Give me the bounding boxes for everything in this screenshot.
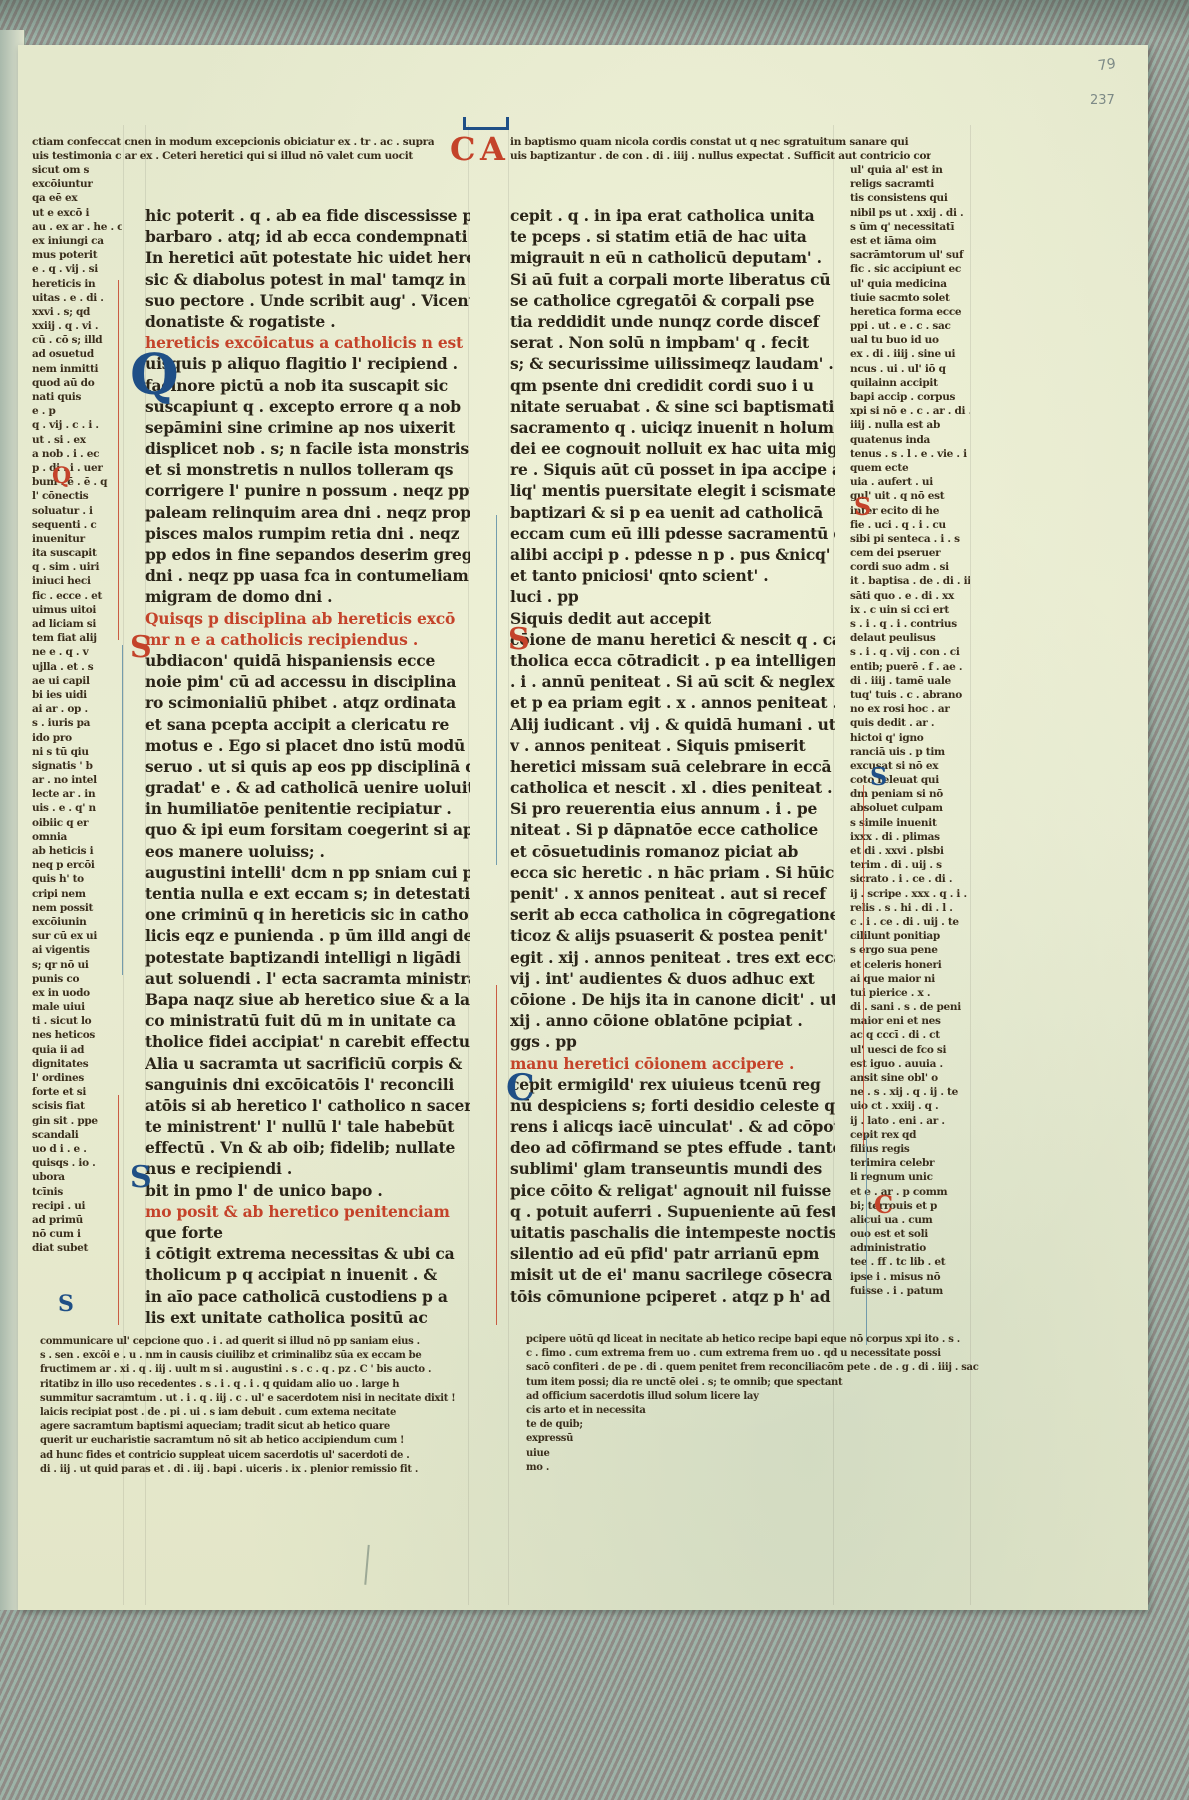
text-line: barbaro . atq; id ab ecca condempnati .: [145, 226, 470, 247]
pen-flourish-blue-col1: [122, 645, 123, 975]
text-line: donatiste & rogatiste .: [145, 311, 470, 332]
text-line: niteat . Si p dāpnatōe ecce catholice: [510, 819, 835, 840]
text-line: alibi accipi p . pdesse n p . pus &nicq'…: [510, 544, 835, 565]
gloss-line: tis consistens qui: [850, 191, 970, 205]
gloss-line: cripi nem: [32, 887, 122, 901]
text-line: noie pim' cū ad accessu in disciplina: [145, 671, 470, 692]
gloss-line: pcipere uōtū qd liceat in necitate ab he…: [526, 1333, 981, 1347]
gloss-line: et di . xxvi . plsbi: [850, 844, 970, 858]
text-line: mr n e a catholicis recipiendus .: [145, 629, 470, 650]
gloss-line: et e . ar . p comm: [850, 1185, 970, 1199]
text-line: heretici missam suā celebrare in eccā: [510, 756, 835, 777]
gloss-line: tee . ff . tc lib . et: [850, 1255, 970, 1269]
gloss-line: ar . no intel: [32, 773, 122, 787]
text-line: quo & ipi eum forsitam coegerint si ap: [145, 819, 470, 840]
text-line: sacramento q . uiciqz inuenit n holum s;: [510, 417, 835, 438]
gloss-bottom-right: pcipere uōtū qd liceat in necitate ab he…: [526, 1333, 981, 1475]
folio-number-lower: 237: [1090, 93, 1115, 108]
gloss-line: ij . scripe . xxx . q . i .: [850, 887, 970, 901]
gloss-line: ita suscapit: [32, 546, 122, 560]
text-line: co ministratū fuit dū m in unitate ca: [145, 1010, 470, 1031]
gloss-line: cū . cō s; illd: [32, 333, 122, 347]
gloss-line: ac q cccī . di . ct: [850, 1028, 970, 1042]
gloss-line: alicui ua . cum: [850, 1213, 970, 1227]
gloss-line: quatenus inda: [850, 433, 970, 447]
gloss-line: ctiam confeccat cnen in modum excepcioni…: [32, 135, 434, 149]
gloss-line: excōiunin: [32, 915, 122, 929]
text-line: et tanto pniciosi' qnto scient' .: [510, 565, 835, 586]
text-line: penit' . x annos peniteat . aut si recef: [510, 883, 835, 904]
gloss-line: uo d i . e .: [32, 1142, 122, 1156]
gloss-line: ai que maior ni: [850, 972, 970, 986]
gloss-line: diat subet: [32, 1241, 122, 1255]
header-initial-blue-crown: [463, 117, 509, 130]
text-line: facinore pictū a nob ita suscapit sic: [145, 375, 470, 396]
header-initial-c: C: [450, 133, 475, 165]
text-line: nitate seruabat . & sine sci baptismatis: [510, 396, 835, 417]
gloss-line: ex in uodo: [32, 986, 122, 1000]
gloss-line: excōiuntur: [32, 177, 122, 191]
gloss-line: dm peniam si nō: [850, 787, 970, 801]
text-line: tholica ecca cōtradicit . p ea intellige…: [510, 650, 835, 671]
gloss-line: uis testimonia c ar ex . Ceteri heretici…: [32, 149, 434, 163]
gloss-line: uia . aufert . ui: [850, 475, 970, 489]
gloss-line: bi; terrouis et p: [850, 1199, 970, 1213]
gloss-line: s . i . q . i . contrius: [850, 617, 970, 631]
gloss-line: mus poterit: [32, 248, 122, 262]
text-line: licis eqz e punienda . p ūm illd angi de: [145, 925, 470, 946]
text-line: sublimi' glam transeuntis mundi des: [510, 1158, 835, 1179]
gloss-line: neq p ercōi: [32, 858, 122, 872]
gloss-line: quis dedit . ar .: [850, 716, 970, 730]
top-gloss-left: ctiam confeccat cnen in modum excepcioni…: [32, 135, 434, 163]
text-line: te pceps . si statim etiā de hac uita: [510, 226, 835, 247]
gloss-line: quilainn accipit: [850, 376, 970, 390]
gloss-line: ut e excō i: [32, 206, 122, 220]
gloss-line: bapi accip . corpus: [850, 390, 970, 404]
text-line: que forte: [145, 1222, 470, 1243]
text-line: tōis cōmunione pciperet . atqz p h' ad: [510, 1286, 835, 1307]
text-line: cōione de manu heretici & nescit q . ca: [510, 629, 835, 650]
gloss-line: s . sen . excōi e . u . nm in causis ciu…: [40, 1349, 485, 1363]
gloss-line: di . iiij . tamē uale: [850, 674, 970, 688]
gloss-left-margin: // placeholder; lines rendered by generi…: [32, 163, 122, 1255]
text-line: re . Siquis aūt cū posset in ipa accipe …: [510, 459, 835, 480]
text-line: qm psente dni credidit cordi suo i u: [510, 375, 835, 396]
gloss-line: tem fiat alij: [32, 631, 122, 645]
text-line: manu heretici cōionem accipere .: [510, 1053, 835, 1074]
text-line: hic poterit . q . ab ea fide discessisse…: [145, 205, 470, 226]
gloss-line: inuenitur: [32, 532, 122, 546]
gloss-line: sacrāmtorum ul' suf: [850, 248, 970, 262]
gloss-line: tcīnis: [32, 1185, 122, 1199]
gloss-line: uis . e . q' n: [32, 801, 122, 815]
text-line: potestate baptizandi intelligi n ligādi: [145, 947, 470, 968]
pencil-mark: [364, 1545, 373, 1585]
text-line: et sana pcepta accipit a clericatu re: [145, 714, 470, 735]
gloss-line: no ex rosi hoc . ar: [850, 702, 970, 716]
text-line: eccam cum eū illi pdesse sacramentū q: [510, 523, 835, 544]
gloss-line: s ergo sua pene: [850, 943, 970, 957]
text-line: gradat' e . & ad catholicā uenire uoluit: [145, 777, 470, 798]
gloss-line: coto releuat qui: [850, 773, 970, 787]
gloss-line: ppi . ut . e . c . sac: [850, 319, 970, 333]
text-line: pice cōito & religat' agnouit nil fuisse: [510, 1180, 835, 1201]
gloss-line: c . i . ce . di . uij . te: [850, 915, 970, 929]
text-line: Alij iudicant . vij . & quidā humani . u…: [510, 714, 835, 735]
gloss-line: ad liciam si: [32, 617, 122, 631]
book-cradle-shadow: [0, 0, 1189, 40]
text-line: serat . Non solū n impbam' q . fecit: [510, 332, 835, 353]
text-line: et p ea priam egit . x . annos peniteat …: [510, 692, 835, 713]
gloss-line: tum item possi; dia re unctē olei . s; t…: [526, 1376, 981, 1390]
gloss-line: s . i . q . vij . con . ci: [850, 645, 970, 659]
gloss-line: te de quib;: [526, 1418, 981, 1432]
gloss-line: ab heticis i: [32, 844, 122, 858]
gloss-line: qa eē ex: [32, 191, 122, 205]
gloss-line: cem dei pseruer: [850, 546, 970, 560]
pen-flourish-red-gloss-right: [863, 785, 864, 1145]
gloss-line: sāti quo . e . di . xx: [850, 589, 970, 603]
gloss-line: nem possit: [32, 901, 122, 915]
gloss-line: signatis ' b: [32, 759, 122, 773]
text-line: s; & securissime uilissimeqz laudam' .: [510, 353, 835, 374]
gloss-line: communicare ul' cepcione quo . i . ad qu…: [40, 1335, 485, 1349]
initial-c-gloss-right: C: [874, 1193, 893, 1217]
gloss-line: hereticis in: [32, 277, 122, 291]
text-line: xij . anno cōione oblatōne pcipiat .: [510, 1010, 835, 1031]
text-line: uitatis paschalis die intempeste noctis: [510, 1222, 835, 1243]
gloss-line: ixxx . di . plimas: [850, 830, 970, 844]
gloss-line: omnia: [32, 830, 122, 844]
text-line: Si aū fuit a corpali morte liberatus cū: [510, 269, 835, 290]
gloss-line: male uiui: [32, 1000, 122, 1014]
gloss-line: e . p: [32, 404, 122, 418]
gloss-line: uis baptizantur . de con . di . iiij . n…: [510, 149, 931, 163]
text-line: uisquis p aliquo flagitio l' recipiend .: [145, 353, 470, 374]
gloss-line: nes heticos: [32, 1028, 122, 1042]
text-column-right: cepit . q . in ipa erat catholica unitat…: [510, 205, 835, 1307]
text-line: in humiliatōe penitentie recipiatur .: [145, 798, 470, 819]
text-line: migram de domo dni .: [145, 586, 470, 607]
gloss-line: cordi suo adm . si: [850, 560, 970, 574]
text-line: mo posit & ab heretico penitenciam: [145, 1201, 470, 1222]
text-line: i cōtigit extrema necessitas & ubi ca: [145, 1243, 470, 1264]
gloss-line: cepit rex qd: [850, 1128, 970, 1142]
gloss-line: uio ct . xxiij . q .: [850, 1099, 970, 1113]
initial-s-blue: S: [130, 1163, 152, 1193]
gloss-line: tuq' tuis . c . abrano: [850, 688, 970, 702]
gloss-line: filius regis: [850, 1142, 970, 1156]
initial-s-red-col2: S: [508, 625, 530, 655]
gloss-line: s . iuris pa: [32, 716, 122, 730]
gloss-line: ido pro: [32, 731, 122, 745]
text-line: Si pro reuerentia eius annum . i . pe: [510, 798, 835, 819]
gloss-line: s ūm q' necessitatī: [850, 220, 970, 234]
text-line: cepit . q . in ipa erat catholica unita: [510, 205, 835, 226]
text-line: tia reddidit unde nunqz corde discef: [510, 311, 835, 332]
gloss-line: ul' quia al' est in: [850, 163, 970, 177]
gloss-line: oibiic q er: [32, 816, 122, 830]
initial-s-gloss-left: S: [58, 1293, 74, 1315]
gloss-line: forte et si: [32, 1085, 122, 1099]
text-line: sanguinis dni excōicatōis l' reconcili: [145, 1074, 470, 1095]
gloss-line: agere sacramtum baptismi aqueciam; tradi…: [40, 1420, 485, 1434]
gloss-line: scandali: [32, 1128, 122, 1142]
gloss-line: ne . s . xij . q . ij . te: [850, 1085, 970, 1099]
gloss-line: bi ies uidi: [32, 688, 122, 702]
text-line: nus e recipiendi .: [145, 1158, 470, 1179]
text-line: deo ad cōfirmand se ptes effude . tantoq…: [510, 1137, 835, 1158]
gloss-line: ujlla . et . s: [32, 660, 122, 674]
text-line: aut soluendi . l' ecta sacramta ministra…: [145, 968, 470, 989]
gloss-line: nibil ps ut . xxij . di .: [850, 206, 970, 220]
gloss-line: fructimem ar . xi . q . iij . uult m si …: [40, 1363, 485, 1377]
text-line: corrigere l' punire n possum . neqz ppt: [145, 480, 470, 501]
gloss-line: ut . si . ex: [32, 433, 122, 447]
gloss-line: ex . di . iiij . sine ui: [850, 347, 970, 361]
gloss-line: querit ur eucharistie sacramtum nō sit a…: [40, 1434, 485, 1448]
initial-q-blue: Q: [130, 347, 179, 403]
text-line: te ministrent' l' nullū l' tale habebūt: [145, 1116, 470, 1137]
gloss-line: scisis fiat: [32, 1099, 122, 1113]
gloss-line: maior eni et nes: [850, 1014, 970, 1028]
gloss-line: ual tu buo id uo: [850, 333, 970, 347]
gloss-line: gin sit . ppe: [32, 1114, 122, 1128]
ruling-col2-left: [508, 125, 509, 1605]
gloss-line: quod aū do: [32, 376, 122, 390]
folio-number-upper: 79: [1097, 56, 1117, 74]
gloss-line: q . vij . c . i .: [32, 418, 122, 432]
gloss-line: summitur sacramtum . ut . i . q . iij . …: [40, 1392, 485, 1406]
gloss-line: iniuci heci: [32, 574, 122, 588]
text-line: pisces malos rumpim retia dni . neqz: [145, 523, 470, 544]
gloss-line: li regnum unic: [850, 1170, 970, 1184]
gloss-line: administratio: [850, 1241, 970, 1255]
text-line: baptizari & si p ea uenit ad catholicā: [510, 502, 835, 523]
gloss-line: lecte ar . in: [32, 787, 122, 801]
text-line: rens i alicqs iacē uinculat' . & ad cōpo…: [510, 1116, 835, 1137]
gloss-line: ipse i . misus nō: [850, 1270, 970, 1284]
gloss-line: ubora: [32, 1170, 122, 1184]
gloss-line: et celeris honeri: [850, 958, 970, 972]
text-line: suscapiunt q . excepto errore q a nob: [145, 396, 470, 417]
gloss-bottom-left: communicare ul' cepcione quo . i . ad qu…: [40, 1335, 485, 1477]
gloss-line: ix . c uin si cci ert: [850, 603, 970, 617]
pen-flourish-red-col1-lower: [118, 1095, 119, 1325]
text-line: misit ut de ei' manu sacrilege cōsecra: [510, 1264, 835, 1285]
top-gloss-right: in baptismo quam nicola cordis constat u…: [510, 135, 931, 163]
gloss-line: hictoi q' igno: [850, 731, 970, 745]
gloss-line: xpi si nō e . c . ar . di .: [850, 404, 970, 418]
text-line: Quisqs p disciplina ab hereticis excō: [145, 608, 470, 629]
text-line: sepāmini sine crimine ap nos uixerit: [145, 417, 470, 438]
gloss-line: bum . ē . ē . q: [32, 475, 122, 489]
gloss-line: s simile inuenit: [850, 816, 970, 830]
gloss-line: it . baptisa . de . di . iiij .: [850, 574, 970, 588]
gloss-line: ncus . ui . ul' iō q: [850, 362, 970, 376]
gloss-line: heretica forma ecce: [850, 305, 970, 319]
text-line: dni . neqz pp uasa fca in contumeliam: [145, 565, 470, 586]
gloss-line: ansit sine obl' o: [850, 1071, 970, 1085]
pen-flourish-blue-gloss-right: [866, 1135, 867, 1345]
text-line: ecca sic heretic . n hāc priam . Si hūic: [510, 862, 835, 883]
gloss-line: ai ar . op .: [32, 702, 122, 716]
gloss-line: laicis recipiat post . de . pi . ui . s …: [40, 1406, 485, 1420]
text-column-left: hic poterit . q . ab ea fide discessisse…: [145, 205, 470, 1328]
text-line: Siquis dedit aut accepit: [510, 608, 835, 629]
text-line: serit ab ecca catholica in cōgregatione …: [510, 904, 835, 925]
gloss-line: ex iniungi ca: [32, 234, 122, 248]
gloss-line: uitas . e . di .: [32, 291, 122, 305]
gloss-line: quis h' to: [32, 872, 122, 886]
gloss-line: quia ii ad: [32, 1043, 122, 1057]
gloss-line: s; qr nō ui: [32, 958, 122, 972]
gloss-line: tenus . s . l . e . vie . i: [850, 447, 970, 461]
initial-s-gloss-right: S: [854, 495, 871, 519]
gloss-line: sicrato . i . ce . di .: [850, 872, 970, 886]
gloss-line: uimus uitoi: [32, 603, 122, 617]
header-initial-a: A: [480, 133, 505, 165]
gloss-line: ritatibz in illo uso recedentes . s . i …: [40, 1378, 485, 1392]
text-line: se catholice cgregatōi & corpali pse: [510, 290, 835, 311]
gloss-line: iiij . nulla est ab: [850, 418, 970, 432]
text-line: bit in pmo l' de unico bapo .: [145, 1180, 470, 1201]
gloss-line: sur cū ex ui: [32, 929, 122, 943]
text-line: paleam relinquim area dni . neqz propt: [145, 502, 470, 523]
text-line: dei ee cognouit nolluit ex hac uita migr: [510, 438, 835, 459]
gloss-line: mo .: [526, 1461, 981, 1475]
gloss-line: di . sani . s . de peni: [850, 1000, 970, 1014]
gloss-line: recipi . ui: [32, 1199, 122, 1213]
text-line: ticoz & alijs psuaserit & postea penit': [510, 925, 835, 946]
text-line: effectū . Vn & ab oib; fidelib; nullate: [145, 1137, 470, 1158]
text-line: liq' mentis puersitate elegit i scismate: [510, 480, 835, 501]
text-line: suo pectore . Unde scribit aug' . Vicent…: [145, 290, 470, 311]
gloss-line: au . ex ar . he . c .: [32, 220, 122, 234]
gloss-line: terimira celebr: [850, 1156, 970, 1170]
gloss-line: xxiij . q . vi .: [32, 319, 122, 333]
text-line: hereticis excōicatus a catholicis n est: [145, 332, 470, 353]
gloss-line: l' ordines: [32, 1071, 122, 1085]
pen-flourish-blue-col2: [496, 515, 497, 865]
gloss-line: fuisse . i . patum: [850, 1284, 970, 1298]
text-line: in aīo pace catholicā custodiens p a: [145, 1286, 470, 1307]
manuscript-folio: 79 237 ctiam confeccat cnen in modum exc…: [18, 45, 1148, 1610]
text-line: seruo . ut si quis ap eos pp disciplinā …: [145, 756, 470, 777]
gloss-line: ranciā uis . p tim: [850, 745, 970, 759]
gloss-line: ad primū: [32, 1213, 122, 1227]
gloss-line: ouo est et soli: [850, 1227, 970, 1241]
gloss-line: a nob . i . ec: [32, 447, 122, 461]
text-line: tholice fidei accipiat' n carebit effect…: [145, 1031, 470, 1052]
text-line: silentio ad eū pfid' patr arrianū epm: [510, 1243, 835, 1264]
gloss-line: ad osuetud: [32, 347, 122, 361]
text-line: egit . xij . annos peniteat . tres ext e…: [510, 947, 835, 968]
text-line: tentia nulla e ext eccam s; in detestati: [145, 883, 470, 904]
gloss-line: cis arto et in necessita: [526, 1404, 981, 1418]
gloss-line: ij . lato . eni . ar .: [850, 1114, 970, 1128]
initial-q-gloss-left: Q: [52, 465, 71, 487]
gloss-line: c . fimo . cum extrema frem uo . cum ext…: [526, 1347, 981, 1361]
gloss-line: nem inmitti: [32, 362, 122, 376]
gloss-line: ul' uesci de fco si: [850, 1043, 970, 1057]
gloss-line: ne e . q . v: [32, 645, 122, 659]
text-line: atōis si ab heretico l' catholico n sace…: [145, 1095, 470, 1116]
gloss-line: l' cōnectis: [32, 489, 122, 503]
gloss-line: sequenti . c: [32, 518, 122, 532]
text-line: nū despiciens s; forti desidio celeste q: [510, 1095, 835, 1116]
gloss-line: est et iāma oim: [850, 234, 970, 248]
initial-s-gloss-right-2: S: [870, 765, 887, 789]
gloss-line: sacō confiteri . de pe . di . quem penit…: [526, 1361, 981, 1375]
gloss-line: ai vigentis: [32, 943, 122, 957]
gloss-line: quem ecte: [850, 461, 970, 475]
gloss-line: ae ui capil: [32, 674, 122, 688]
text-line: pp edos in fine sepandos deserim grege: [145, 544, 470, 565]
text-line: motus e . Ego si placet dno istū modū: [145, 735, 470, 756]
text-line: v . annos peniteat . Siquis pmiserit: [510, 735, 835, 756]
gloss-line: e . q . vij . si: [32, 262, 122, 276]
text-line: sic & diabolus potest in mal' tamqz in: [145, 269, 470, 290]
gloss-line: tiuie sacmto solet: [850, 291, 970, 305]
gloss-line: quisqs . io .: [32, 1156, 122, 1170]
text-line: Alia u sacramta ut sacrificiū corpis &: [145, 1053, 470, 1074]
gloss-line: relis . s . hi . di . l .: [850, 901, 970, 915]
text-line: vij . int' audientes & duos adhuc ext: [510, 968, 835, 989]
gloss-line: religs sacramti: [850, 177, 970, 191]
gloss-line: fic . ecce . et: [32, 589, 122, 603]
text-line: cōione . De hijs ita in canone dicit' . …: [510, 989, 835, 1010]
text-line: augustini intelli' dcm n pp sniam cui p: [145, 862, 470, 883]
gloss-line: terim . di . uij . s: [850, 858, 970, 872]
gloss-line: est iguo . auuia .: [850, 1057, 970, 1071]
gloss-line: di . iij . ut quid paras et . di . iij .…: [40, 1463, 485, 1477]
text-line: et cōsuetudinis romanoz piciat ab: [510, 841, 835, 862]
gloss-line: soluatur . i: [32, 504, 122, 518]
gloss-line: ad hunc fides et contricio suppleat uice…: [40, 1449, 485, 1463]
text-line: et si monstretis n nullos tolleram qs: [145, 459, 470, 480]
text-line: lis ext unitate catholica positū ac: [145, 1307, 470, 1328]
text-line: ro scimonialiū phibet . atqz ordinata: [145, 692, 470, 713]
gloss-line: q . sim . uiri: [32, 560, 122, 574]
gloss-line: in baptismo quam nicola cordis constat u…: [510, 135, 931, 149]
gloss-line: punis co: [32, 972, 122, 986]
gloss-line: ti . sicut lo: [32, 1014, 122, 1028]
gloss-line: tui pierice . x .: [850, 986, 970, 1000]
gloss-line: delaut peulisus: [850, 631, 970, 645]
text-line: eos manere uoluiss; .: [145, 841, 470, 862]
gloss-line: excusat si nō ex: [850, 759, 970, 773]
gloss-right-margin: ul' quia al' est inreligs sacramtitis co…: [850, 163, 970, 1298]
gloss-line: p . di . i . uer: [32, 461, 122, 475]
text-line: catholica et nescit . xl . dies peniteat…: [510, 777, 835, 798]
gloss-line: nō cum i: [32, 1227, 122, 1241]
gloss-line: entib; puerē . f . ae .: [850, 660, 970, 674]
gloss-line: xxvi . s; qd: [32, 305, 122, 319]
gloss-line: nati quis: [32, 390, 122, 404]
gloss-line: ul' quia medicina: [850, 277, 970, 291]
text-line: ubdiacon' quidā hispaniensis ecce: [145, 650, 470, 671]
gloss-line: fic . sic accipiunt ec: [850, 262, 970, 276]
text-line: q . potuit auferri . Supueniente aū fest…: [510, 1201, 835, 1222]
text-line: displicet nob . s; n facile ista monstri…: [145, 438, 470, 459]
text-line: migrauit n eū n catholicū deputam' .: [510, 247, 835, 268]
gloss-line: cililunt ponitiap: [850, 929, 970, 943]
gloss-line: absoluet culpam: [850, 801, 970, 815]
gloss-line: ad officium sacerdotis illud solum licer…: [526, 1390, 981, 1404]
text-line: In heretici aūt potestate hic uidet here…: [145, 247, 470, 268]
